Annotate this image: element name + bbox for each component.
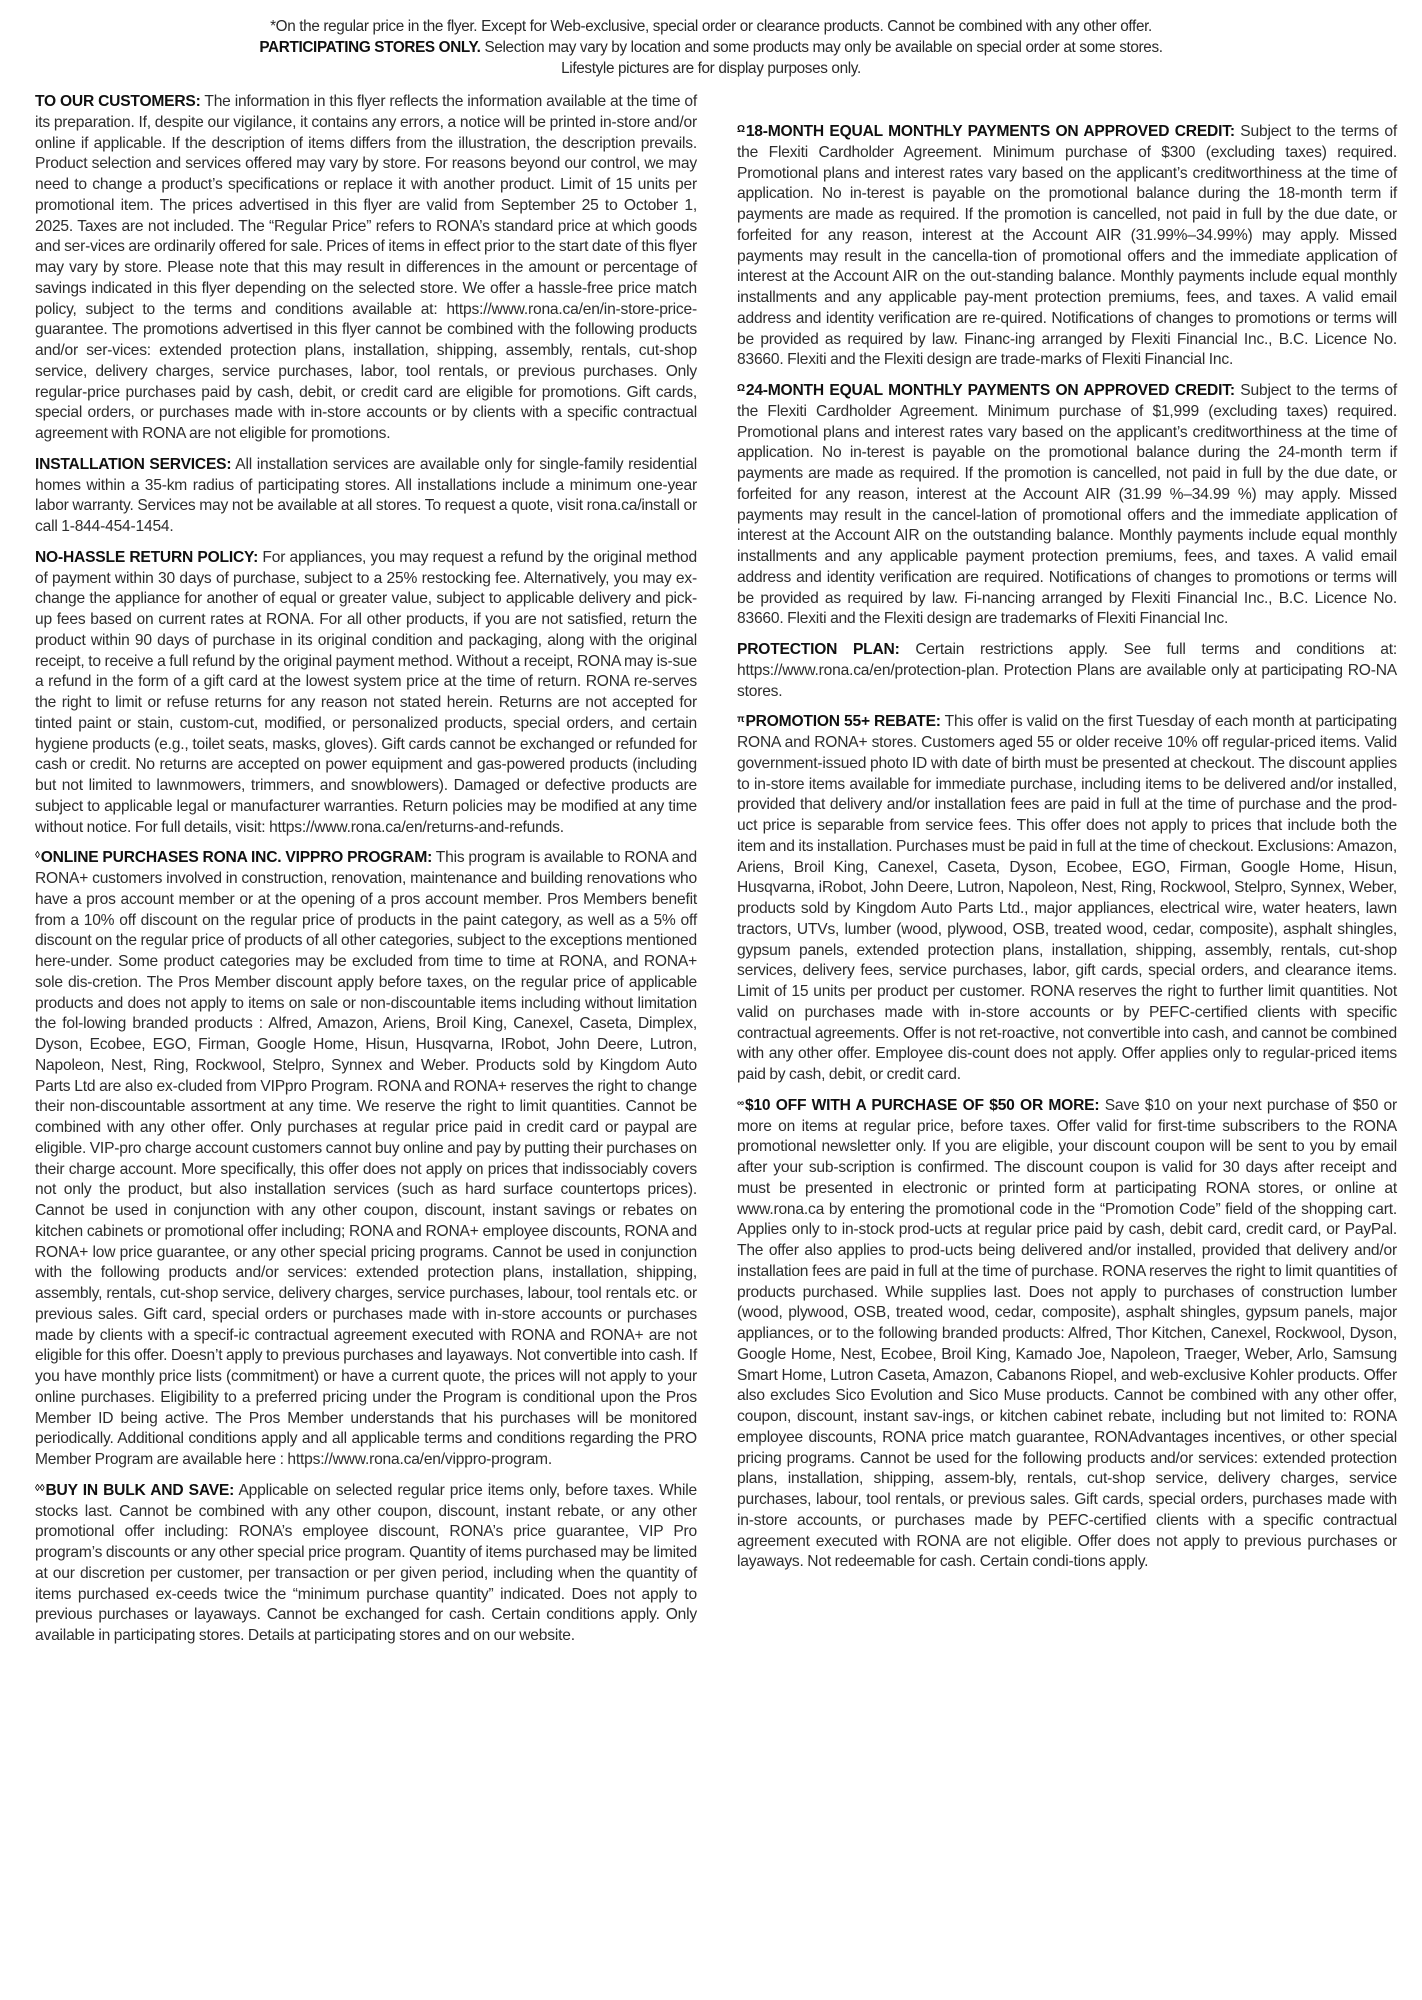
section-body: This program is available to RONA and RO… bbox=[35, 849, 697, 1468]
header-line-lifestyle: Lifestyle pictures are for display purpo… bbox=[0, 58, 1422, 79]
right-column: Ω18-MONTH EQUAL MONTHLY PAYMENTS ON APPR… bbox=[737, 122, 1397, 1583]
section-protection-plan: PROTECTION PLAN: Certain restrictions ap… bbox=[737, 640, 1397, 702]
footnote-symbol-icon: ◊◊ bbox=[35, 1483, 44, 1494]
section-body: Subject to the terms of the Flexiti Card… bbox=[737, 382, 1397, 627]
header-line-regular-price: *On the regular price in the flyer. Exce… bbox=[0, 16, 1422, 37]
section-body: Save $10 on your next purchase of $50 or… bbox=[737, 1097, 1397, 1571]
section-title: INSTALLATION SERVICES: bbox=[35, 456, 231, 473]
footnote-symbol-icon: Ω bbox=[737, 124, 745, 135]
flyer-header-disclaimer: *On the regular price in the flyer. Exce… bbox=[0, 16, 1422, 79]
section-10-off-newsletter: ∞$10 OFF WITH A PURCHASE OF $50 OR MORE:… bbox=[737, 1096, 1397, 1573]
participating-stores-label: PARTICIPATING STORES ONLY. bbox=[259, 39, 480, 56]
section-18-month-payments: Ω18-MONTH EQUAL MONTHLY PAYMENTS ON APPR… bbox=[737, 122, 1397, 371]
section-title: $10 OFF WITH A PURCHASE OF $50 OR MORE: bbox=[745, 1097, 1099, 1114]
header-line-participating-stores: PARTICIPATING STORES ONLY. Selection may… bbox=[0, 37, 1422, 58]
section-return-policy: NO-HASSLE RETURN POLICY: For appliances,… bbox=[35, 548, 697, 839]
section-to-our-customers: TO OUR CUSTOMERS: The information in thi… bbox=[35, 92, 697, 445]
section-vippro-program: ◊ONLINE PURCHASES RONA INC. VIPPRO PROGR… bbox=[35, 848, 697, 1471]
section-body: For appliances, you may request a refund… bbox=[35, 549, 697, 836]
footnote-symbol-icon: Ω bbox=[737, 383, 745, 394]
section-title: 24-MONTH EQUAL MONTHLY PAYMENTS ON APPRO… bbox=[746, 382, 1235, 399]
footnote-symbol-icon: ∞ bbox=[737, 1098, 744, 1109]
section-title: NO-HASSLE RETURN POLICY: bbox=[35, 549, 258, 566]
section-body: This offer is valid on the first Tuesday… bbox=[737, 713, 1397, 1083]
left-column: TO OUR CUSTOMERS: The information in thi… bbox=[35, 92, 697, 1657]
section-installation-services: INSTALLATION SERVICES: All installation … bbox=[35, 455, 697, 538]
section-body: The information in this flyer reflects t… bbox=[35, 93, 697, 442]
section-title: ONLINE PURCHASES RONA INC. VIPPRO PROGRA… bbox=[41, 849, 432, 866]
section-24-month-payments: Ω24-MONTH EQUAL MONTHLY PAYMENTS ON APPR… bbox=[737, 381, 1397, 630]
section-body: Applicable on selected regular price ite… bbox=[35, 1482, 697, 1644]
section-title: 18-MONTH EQUAL MONTHLY PAYMENTS ON APPRO… bbox=[746, 123, 1235, 140]
section-title: PROTECTION PLAN: bbox=[737, 641, 900, 658]
section-promotion-55-rebate: πPROMOTION 55+ REBATE: This offer is val… bbox=[737, 712, 1397, 1086]
section-buy-in-bulk: ◊◊BUY IN BULK AND SAVE: Applicable on se… bbox=[35, 1481, 697, 1647]
footnote-symbol-icon: π bbox=[737, 714, 744, 725]
section-body: Subject to the terms of the Flexiti Card… bbox=[737, 123, 1397, 368]
participating-stores-text: Selection may vary by location and some … bbox=[481, 39, 1163, 56]
section-title: BUY IN BULK AND SAVE: bbox=[45, 1482, 234, 1499]
section-title: TO OUR CUSTOMERS: bbox=[35, 93, 201, 110]
footnote-symbol-icon: ◊ bbox=[35, 850, 40, 861]
section-title: PROMOTION 55+ REBATE: bbox=[745, 713, 940, 730]
